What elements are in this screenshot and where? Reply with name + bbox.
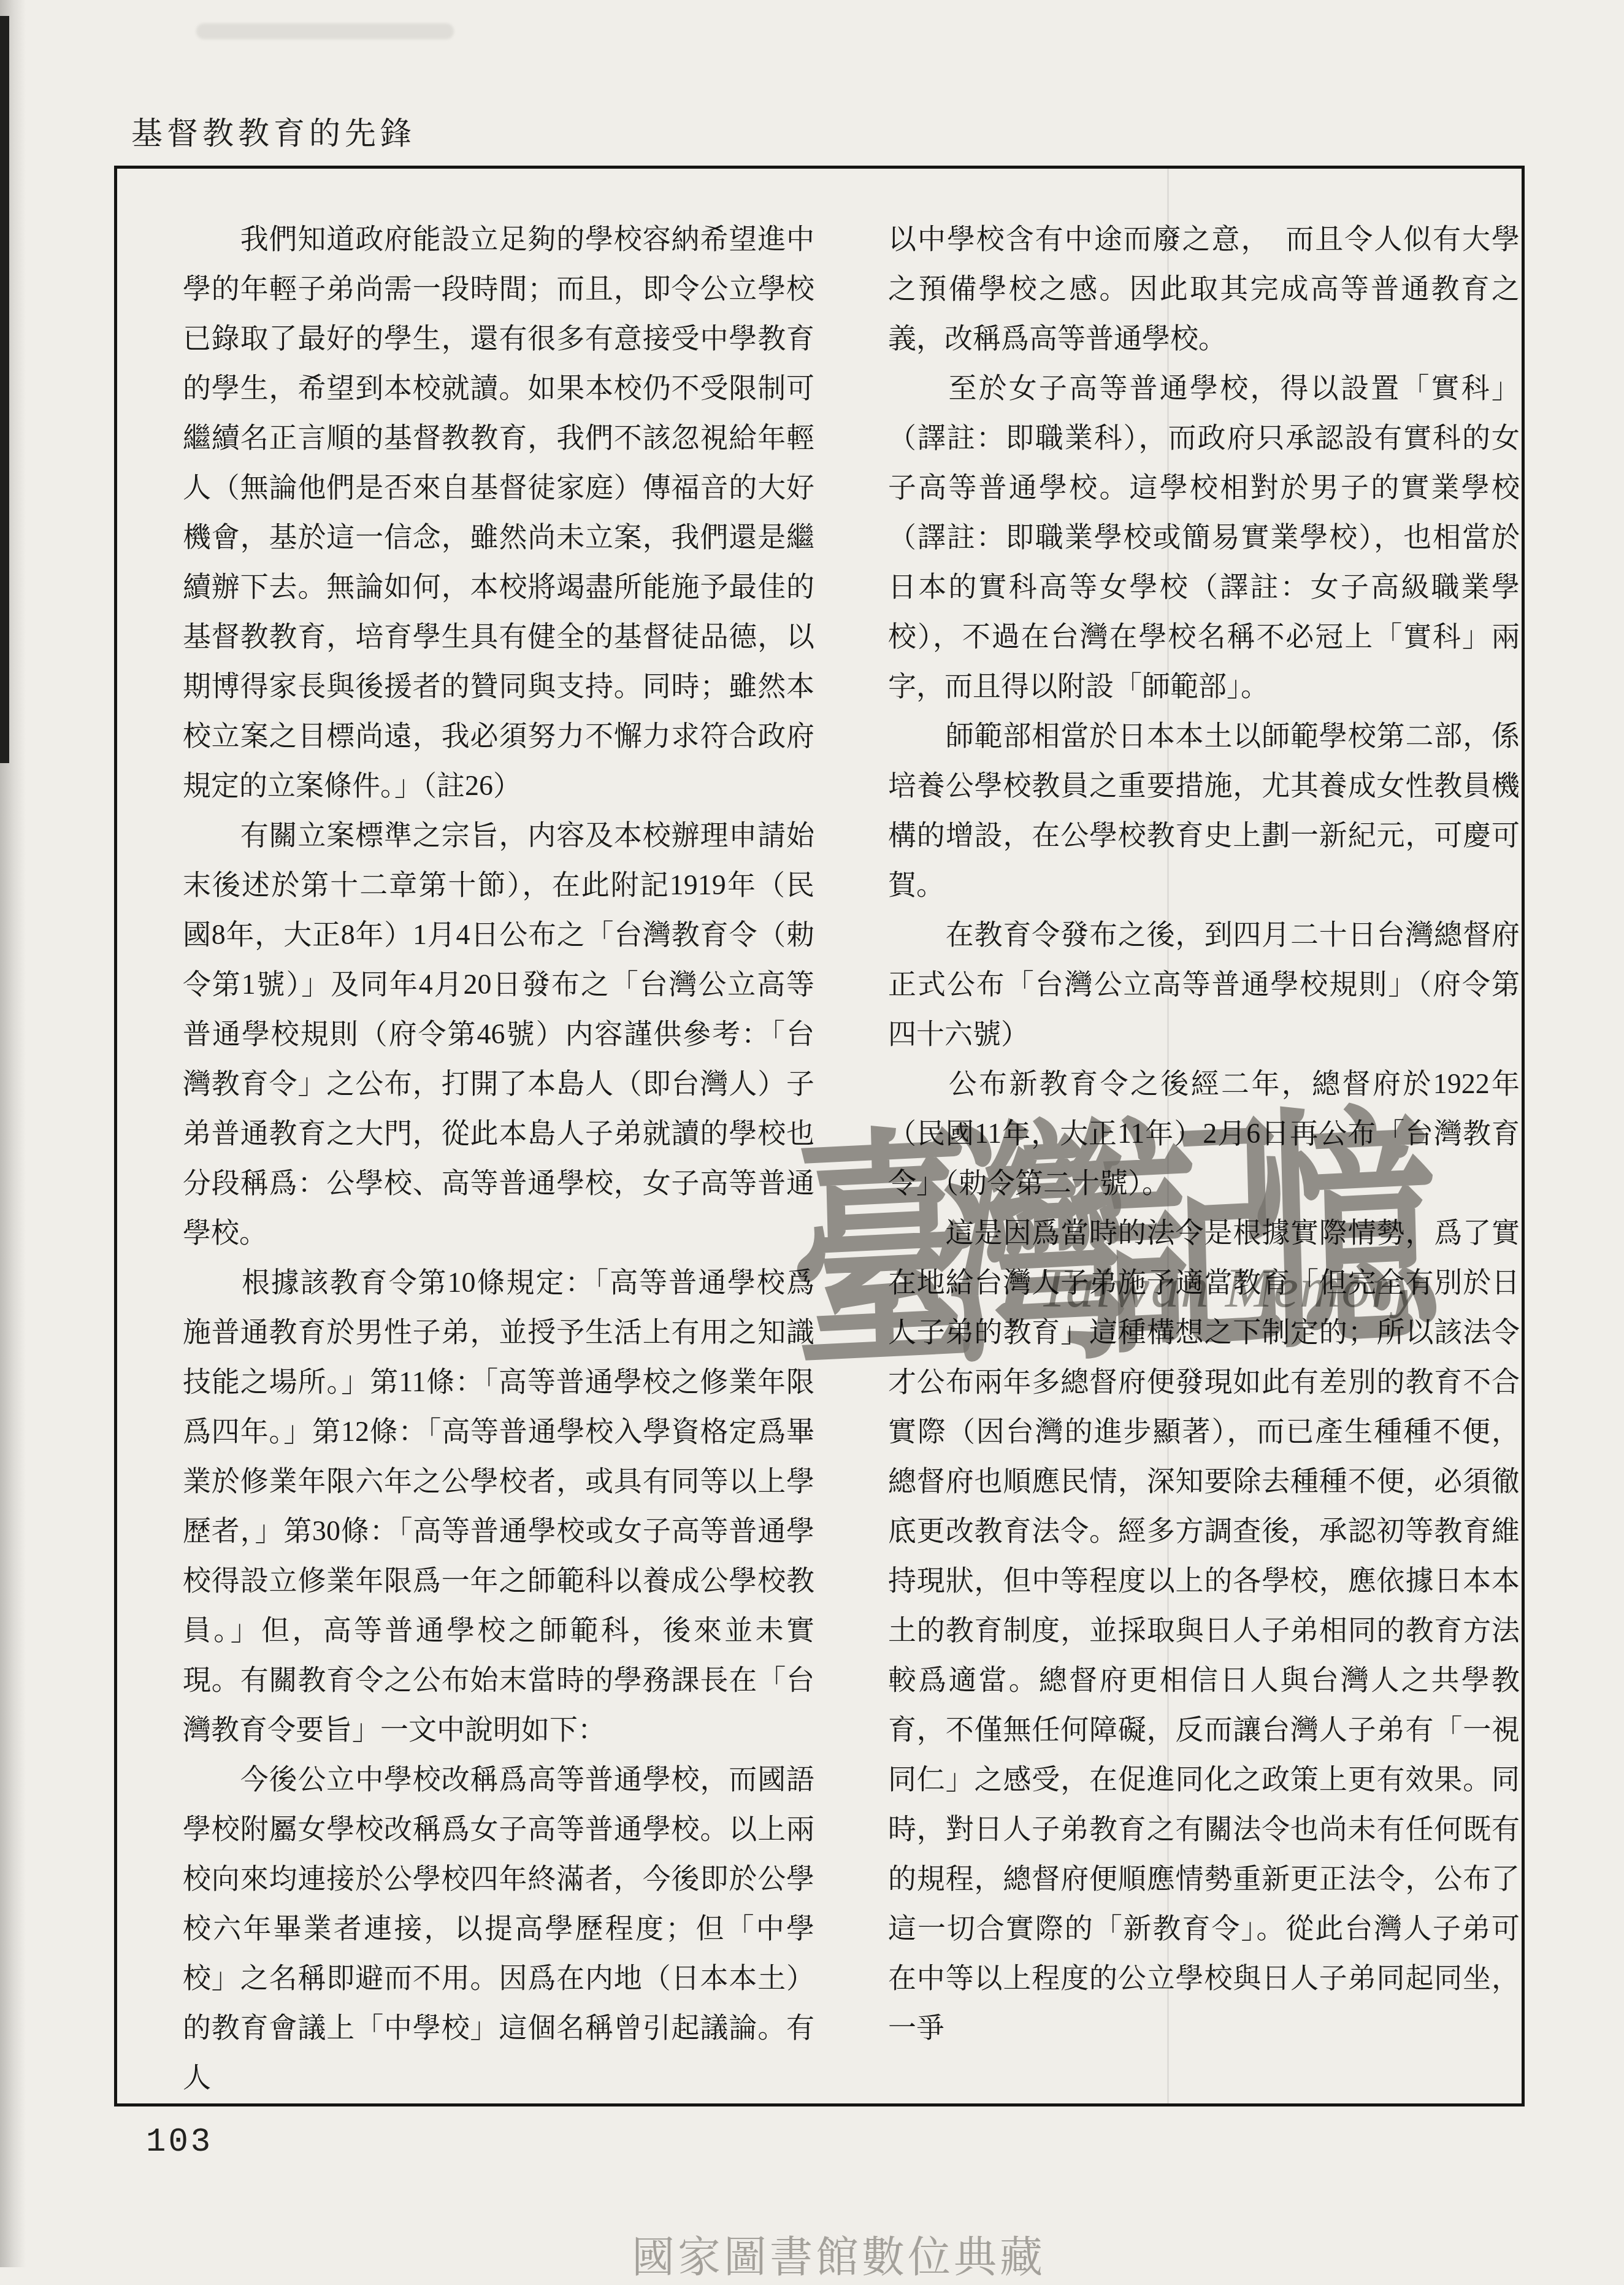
- paragraph: 今後公立中學校改稱爲高等普通學校，而國語學校附屬女學校改稱爲女子高等普通學校。以…: [183, 1754, 814, 2102]
- paragraph: 有關立案標準之宗旨，内容及本校辦理申請始末後述於第十二章第十節），在此附記191…: [183, 810, 814, 1258]
- running-head: 基督教教育的先鋒: [131, 108, 416, 153]
- text-column-left: 我們知道政府能設立足夠的學校容納希望進中學的年輕子弟尚需一段時間；而且，即令公立…: [183, 214, 814, 2102]
- scan-edge-artifact-bar: [0, 16, 9, 763]
- paragraph: 根據該教育令第10條規定：「高等普通學校爲施普通教育於男性子弟，並授予生活上有用…: [183, 1258, 814, 1754]
- scan-fold-line: [1167, 169, 1169, 2103]
- paragraph: 師範部相當於日本本土以師範學校第二部，係培養公學校教員之重要措施，尤其養成女性教…: [888, 711, 1520, 910]
- paragraph: 至於女子高等普通學校，得以設置「實科」（譯註：即職業科），而政府只承認設有實科的…: [888, 363, 1520, 711]
- paragraph: 以中學校含有中途而廢之意， 而且令人似有大學之預備學校之感。因此取其完成高等普通…: [888, 214, 1520, 363]
- content-border-box: 我們知道政府能設立足夠的學校容納希望進中學的年輕子弟尚需一段時間；而且，即令公立…: [114, 166, 1525, 2106]
- paragraph: 公布新教育令之後經二年，總督府於1922年（民國11年，大正11年）2月6日再公…: [888, 1059, 1520, 1208]
- scan-smudge: [196, 23, 454, 39]
- paragraph: 在教育令發布之後，到四月二十日台灣總督府正式公布「台灣公立高等普通學校規則」（府…: [888, 910, 1520, 1059]
- paragraph: 這是因爲當時的法令是根據實際情勢，爲了實在地給台灣人子弟施予適當教育「但完全有別…: [888, 1208, 1520, 2053]
- paragraph: 我們知道政府能設立足夠的學校容納希望進中學的年輕子弟尚需一段時間；而且，即令公立…: [183, 214, 814, 810]
- text-column-right: 以中學校含有中途而廢之意， 而且令人似有大學之預備學校之感。因此取其完成高等普通…: [888, 214, 1520, 2053]
- page-number: 103: [146, 2124, 213, 2161]
- library-footer: 國家圖書館數位典藏: [632, 2223, 1046, 2267]
- scanned-page: 基督教教育的先鋒 我們知道政府能設立足夠的學校容納希望進中學的年輕子弟尚需一段時…: [0, 0, 1624, 2267]
